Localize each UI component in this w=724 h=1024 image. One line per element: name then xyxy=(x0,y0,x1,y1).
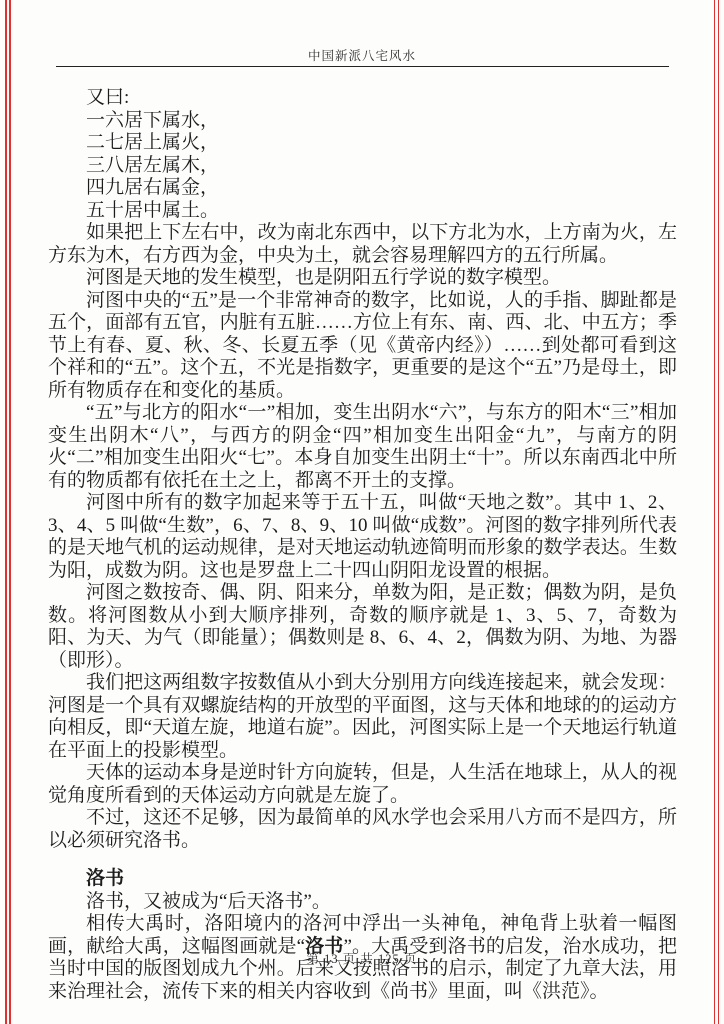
paragraph: 如果把上下左右中，改为南北东西中，以下方北为水，上方南为火，左方东为木，右方西为… xyxy=(48,222,677,267)
verse-line: 一六居下属水， xyxy=(48,110,677,133)
section-heading-luoshu: 洛书 xyxy=(48,868,677,891)
paragraph: “五”与北方的阳水“一”相加，变生出阴水“六”，与东方的阳木“三”相加变生出阴木… xyxy=(48,402,677,492)
paragraph: 河图之数按奇、偶、阴、阳来分，单数为阳，是正数；偶数为阴，是负数。将河图数从小到… xyxy=(48,582,677,672)
paragraph: 河图是天地的发生模型，也是阴阳五行学说的数字模型。 xyxy=(48,267,677,290)
verse-line: 二七居上属火， xyxy=(48,132,677,155)
paragraph: 我们把这两组数字按数值从小到大分别用方向线连接起来，就会发现：河图是一个具有双螺… xyxy=(48,672,677,762)
header-rule xyxy=(56,66,669,67)
red-binding-line-right-inner xyxy=(714,0,716,1024)
verse-line: 三八居左属木， xyxy=(48,155,677,178)
verse-line: 又曰: xyxy=(48,87,677,110)
red-binding-line-left-inner xyxy=(9,0,11,1024)
body-text: 又曰: 一六居下属水， 二七居上属火， 三八居左属木， 四九居右属金， 五十居中… xyxy=(48,87,677,1003)
page-header-title: 中国新派八宅风水 xyxy=(0,46,724,64)
paragraph: 不过，这还不足够，因为最简单的风水学也会采用八方而不是四方，所以必须研究洛书。 xyxy=(48,807,677,852)
paragraph: 河图中所有的数字加起来等于五十五，叫做“天地之数”。其中 1、2、3、4、5 叫… xyxy=(48,492,677,582)
paragraph: 河图中央的“五”是一个非常神奇的数字，比如说，人的手指、脚趾都是五个，面部有五官… xyxy=(48,290,677,403)
page-number-footer: 第 13 页 共 125 页 xyxy=(0,949,724,967)
paragraph: 天体的运动本身是逆时针方向旋转，但是，人生活在地球上，从人的视觉角度所看到的天体… xyxy=(48,762,677,807)
verse-line: 五十居中属土。 xyxy=(48,200,677,223)
red-binding-line-right-outer xyxy=(718,0,720,1024)
section-subtitle: 洛书，又被成为“后天洛书”。 xyxy=(48,891,677,914)
red-binding-line-left-outer xyxy=(5,0,7,1024)
verse-line: 四九居右属金， xyxy=(48,177,677,200)
document-page: 中国新派八宅风水 又曰: 一六居下属水， 二七居上属火， 三八居左属木， 四九居… xyxy=(0,0,724,1024)
